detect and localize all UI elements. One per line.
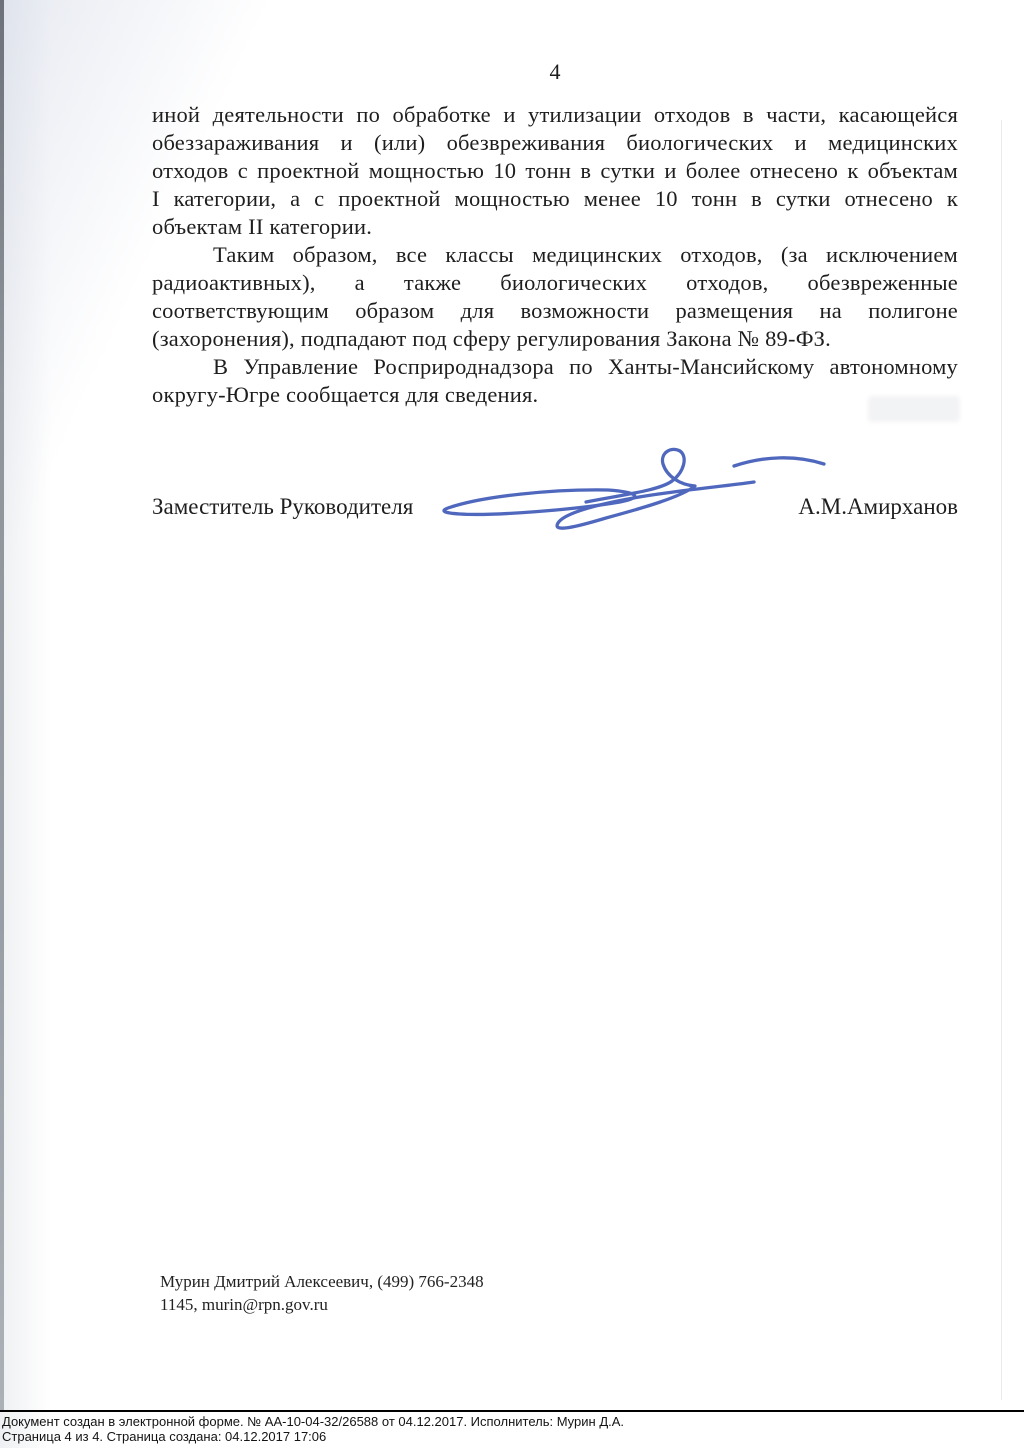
footer-line: Документ создан в электронной форме. № А… <box>2 1414 1022 1429</box>
document-body: иной деятельности по обработке и утилиза… <box>152 101 958 409</box>
footer-line: Страница 4 из 4. Страница создана: 04.12… <box>2 1429 1022 1444</box>
body-line: радиоактивных), а также биологических от… <box>152 269 958 297</box>
executor-contact-info: Мурин Дмитрий Алексеевич, (499) 766-2348… <box>160 1270 484 1316</box>
signee-position-title: Заместитель Руководителя <box>152 494 413 520</box>
body-line: В Управление Росприроднадзора по Ханты-М… <box>152 353 958 381</box>
scan-left-edge-artifact <box>0 0 4 1411</box>
body-line: отходов с проектной мощностью 10 тонн в … <box>152 157 958 185</box>
scan-right-edge-artifact <box>1001 120 1002 1400</box>
contact-line: 1145, murin@rpn.gov.ru <box>160 1293 484 1316</box>
body-line: соответствующим образом для возможности … <box>152 297 958 325</box>
body-line: обеззараживания и (или) обезвреживания б… <box>152 129 958 157</box>
body-line: иной деятельности по обработке и утилиза… <box>152 101 958 129</box>
body-line: объектам II категории. <box>152 213 958 241</box>
body-line: округу-Югре сообщается для сведения. <box>152 381 958 409</box>
body-line: Таким образом, все классы медицинских от… <box>152 241 958 269</box>
scanned-document-page: 4 иной деятельности по обработке и утили… <box>0 0 1024 1448</box>
footer-divider-line <box>0 1410 1024 1412</box>
handwritten-signature <box>438 444 828 536</box>
body-line: I категории, а с проектной мощностью мен… <box>152 185 958 213</box>
contact-line: Мурин Дмитрий Алексеевич, (499) 766-2348 <box>160 1270 484 1293</box>
body-line: (захоронения), подпадают под сферу регул… <box>152 325 958 353</box>
electronic-document-footer: Документ создан в электронной форме. № А… <box>2 1414 1022 1444</box>
page-number: 4 <box>152 59 958 85</box>
